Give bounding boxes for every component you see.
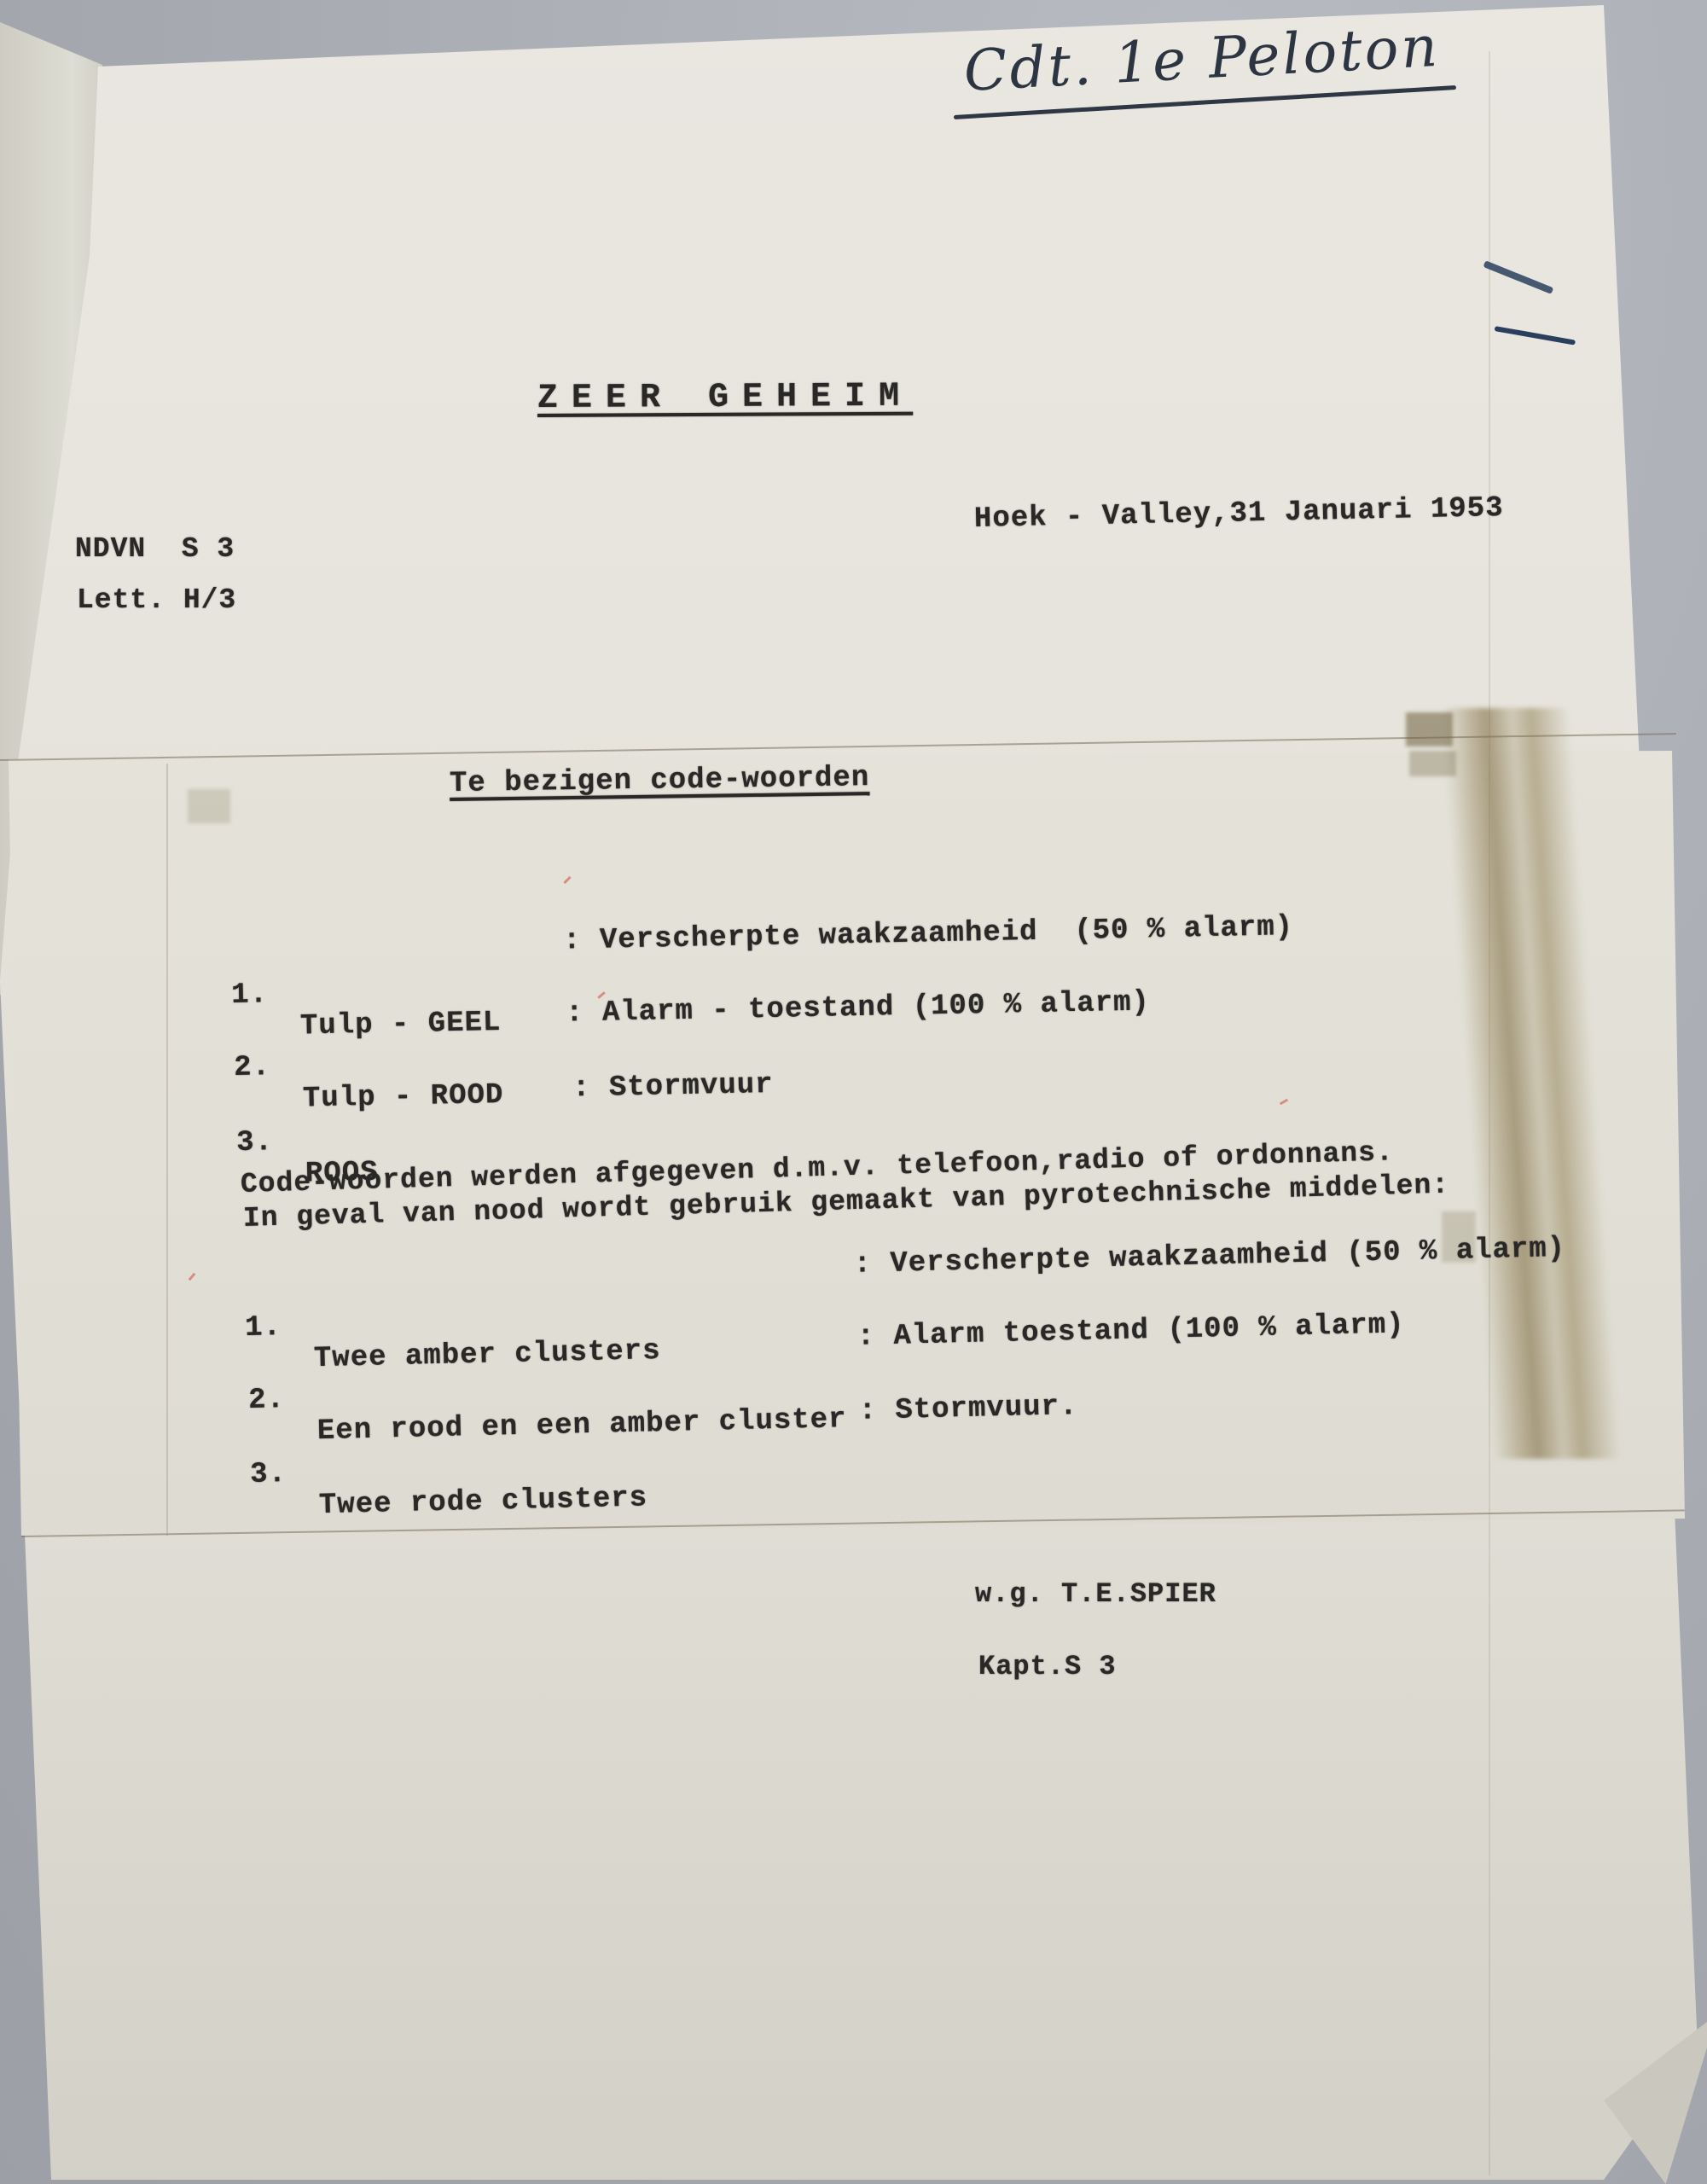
stain-spot bbox=[1406, 712, 1453, 746]
code-word: Tulp - ROOD bbox=[303, 1079, 504, 1116]
section-heading: Te bezigen code-woorden bbox=[450, 762, 870, 800]
item-number: 3. bbox=[250, 1458, 287, 1491]
classification-heading: ZEER GEHEIM bbox=[537, 378, 913, 418]
item-number: 3. bbox=[236, 1126, 274, 1159]
list-item: 3. Twee rode clusters : Stormvuur. bbox=[249, 1425, 326, 1589]
item-number: 2. bbox=[234, 1051, 271, 1084]
signature-name: w.g. T.E.SPIER bbox=[975, 1578, 1216, 1610]
item-number: 2. bbox=[248, 1384, 286, 1417]
fold-line-vertical-left bbox=[166, 764, 168, 1536]
stain-spot bbox=[1409, 751, 1456, 776]
signature-rank: Kapt.S 3 bbox=[978, 1651, 1117, 1682]
code-word: Tulp - GEEL bbox=[300, 1007, 502, 1043]
item-number: 1. bbox=[245, 1311, 282, 1345]
signal-meaning: : Stormvuur. bbox=[858, 1391, 1078, 1428]
stain-spot bbox=[188, 789, 230, 823]
reference-line-1: NDVN S 3 bbox=[75, 533, 235, 565]
reference-line-2: Lett. H/3 bbox=[77, 584, 236, 616]
code-meaning: : Stormvuur bbox=[572, 1069, 774, 1106]
item-number: 1. bbox=[231, 979, 269, 1012]
